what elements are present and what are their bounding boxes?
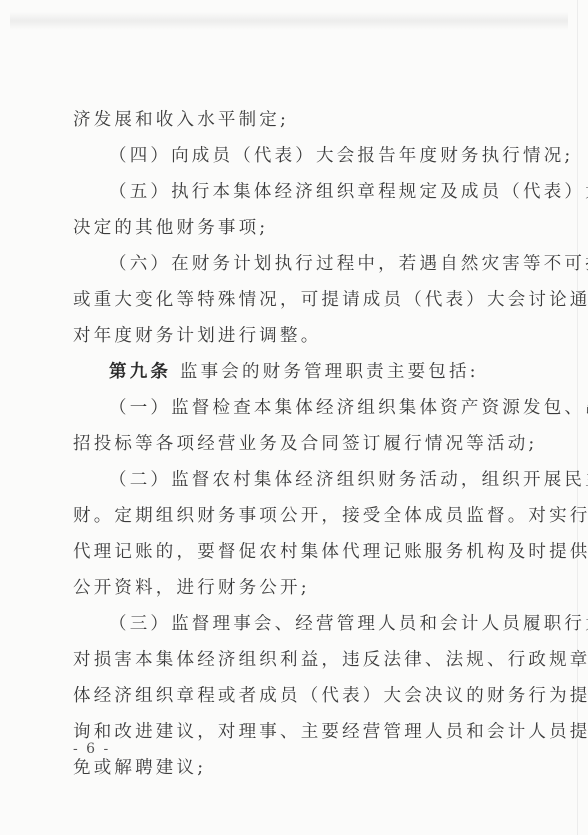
text-line: 免或解聘建议; <box>73 756 519 792</box>
article-number: 第九条 <box>109 362 171 382</box>
text-line: 体经济组织章程或者成员（代表）大会决议的财务行为提出质 <box>73 684 519 720</box>
document-body: 济发展和收入水平制定; （四）向成员（代表）大会报告年度财务执行情况; （五）执… <box>73 108 519 792</box>
text-line: 或重大变化等特殊情况，可提请成员（代表）大会讨论通过后， <box>73 288 519 324</box>
text-line: 财。定期组织财务事项公开，接受全体成员监督。对实行委托 <box>73 504 519 540</box>
scan-artifact-top <box>10 12 568 30</box>
text-line: 代理记账的，要督促农村集体代理记账服务机构及时提供财务 <box>73 540 519 576</box>
text-line: （二）监督农村集体经济组织财务活动，组织开展民主理 <box>73 468 519 504</box>
article-text: 监事会的财务管理职责主要包括: <box>171 362 479 382</box>
text-line: 询和改进建议，对理事、主要经营管理人员和会计人员提出罢 <box>73 720 519 756</box>
text-line: 对损害本集体经济组织利益，违反法律、法规、行政规章、集 <box>73 648 519 684</box>
text-line: （六）在财务计划执行过程中，若遇自然灾害等不可抗力 <box>73 252 519 288</box>
text-line: 对年度财务计划进行调整。 <box>73 324 519 360</box>
text-line: 决定的其他财务事项; <box>73 216 519 252</box>
page-number: - 6 - <box>73 741 110 757</box>
article-heading-line: 第九条 监事会的财务管理职责主要包括: <box>73 360 519 396</box>
text-line: （三）监督理事会、经营管理人员和会计人员履职行为， <box>73 612 519 648</box>
text-line: 招投标等各项经营业务及合同签订履行情况等活动; <box>73 432 519 468</box>
text-line: （五）执行本集体经济组织章程规定及成员（代表）大会 <box>73 180 519 216</box>
text-line: 济发展和收入水平制定; <box>73 108 519 144</box>
text-line: （一）监督检查本集体经济组织集体资产资源发包、出租、 <box>73 396 519 432</box>
text-line: （四）向成员（代表）大会报告年度财务执行情况; <box>73 144 519 180</box>
text-line: 公开资料，进行财务公开; <box>73 576 519 612</box>
